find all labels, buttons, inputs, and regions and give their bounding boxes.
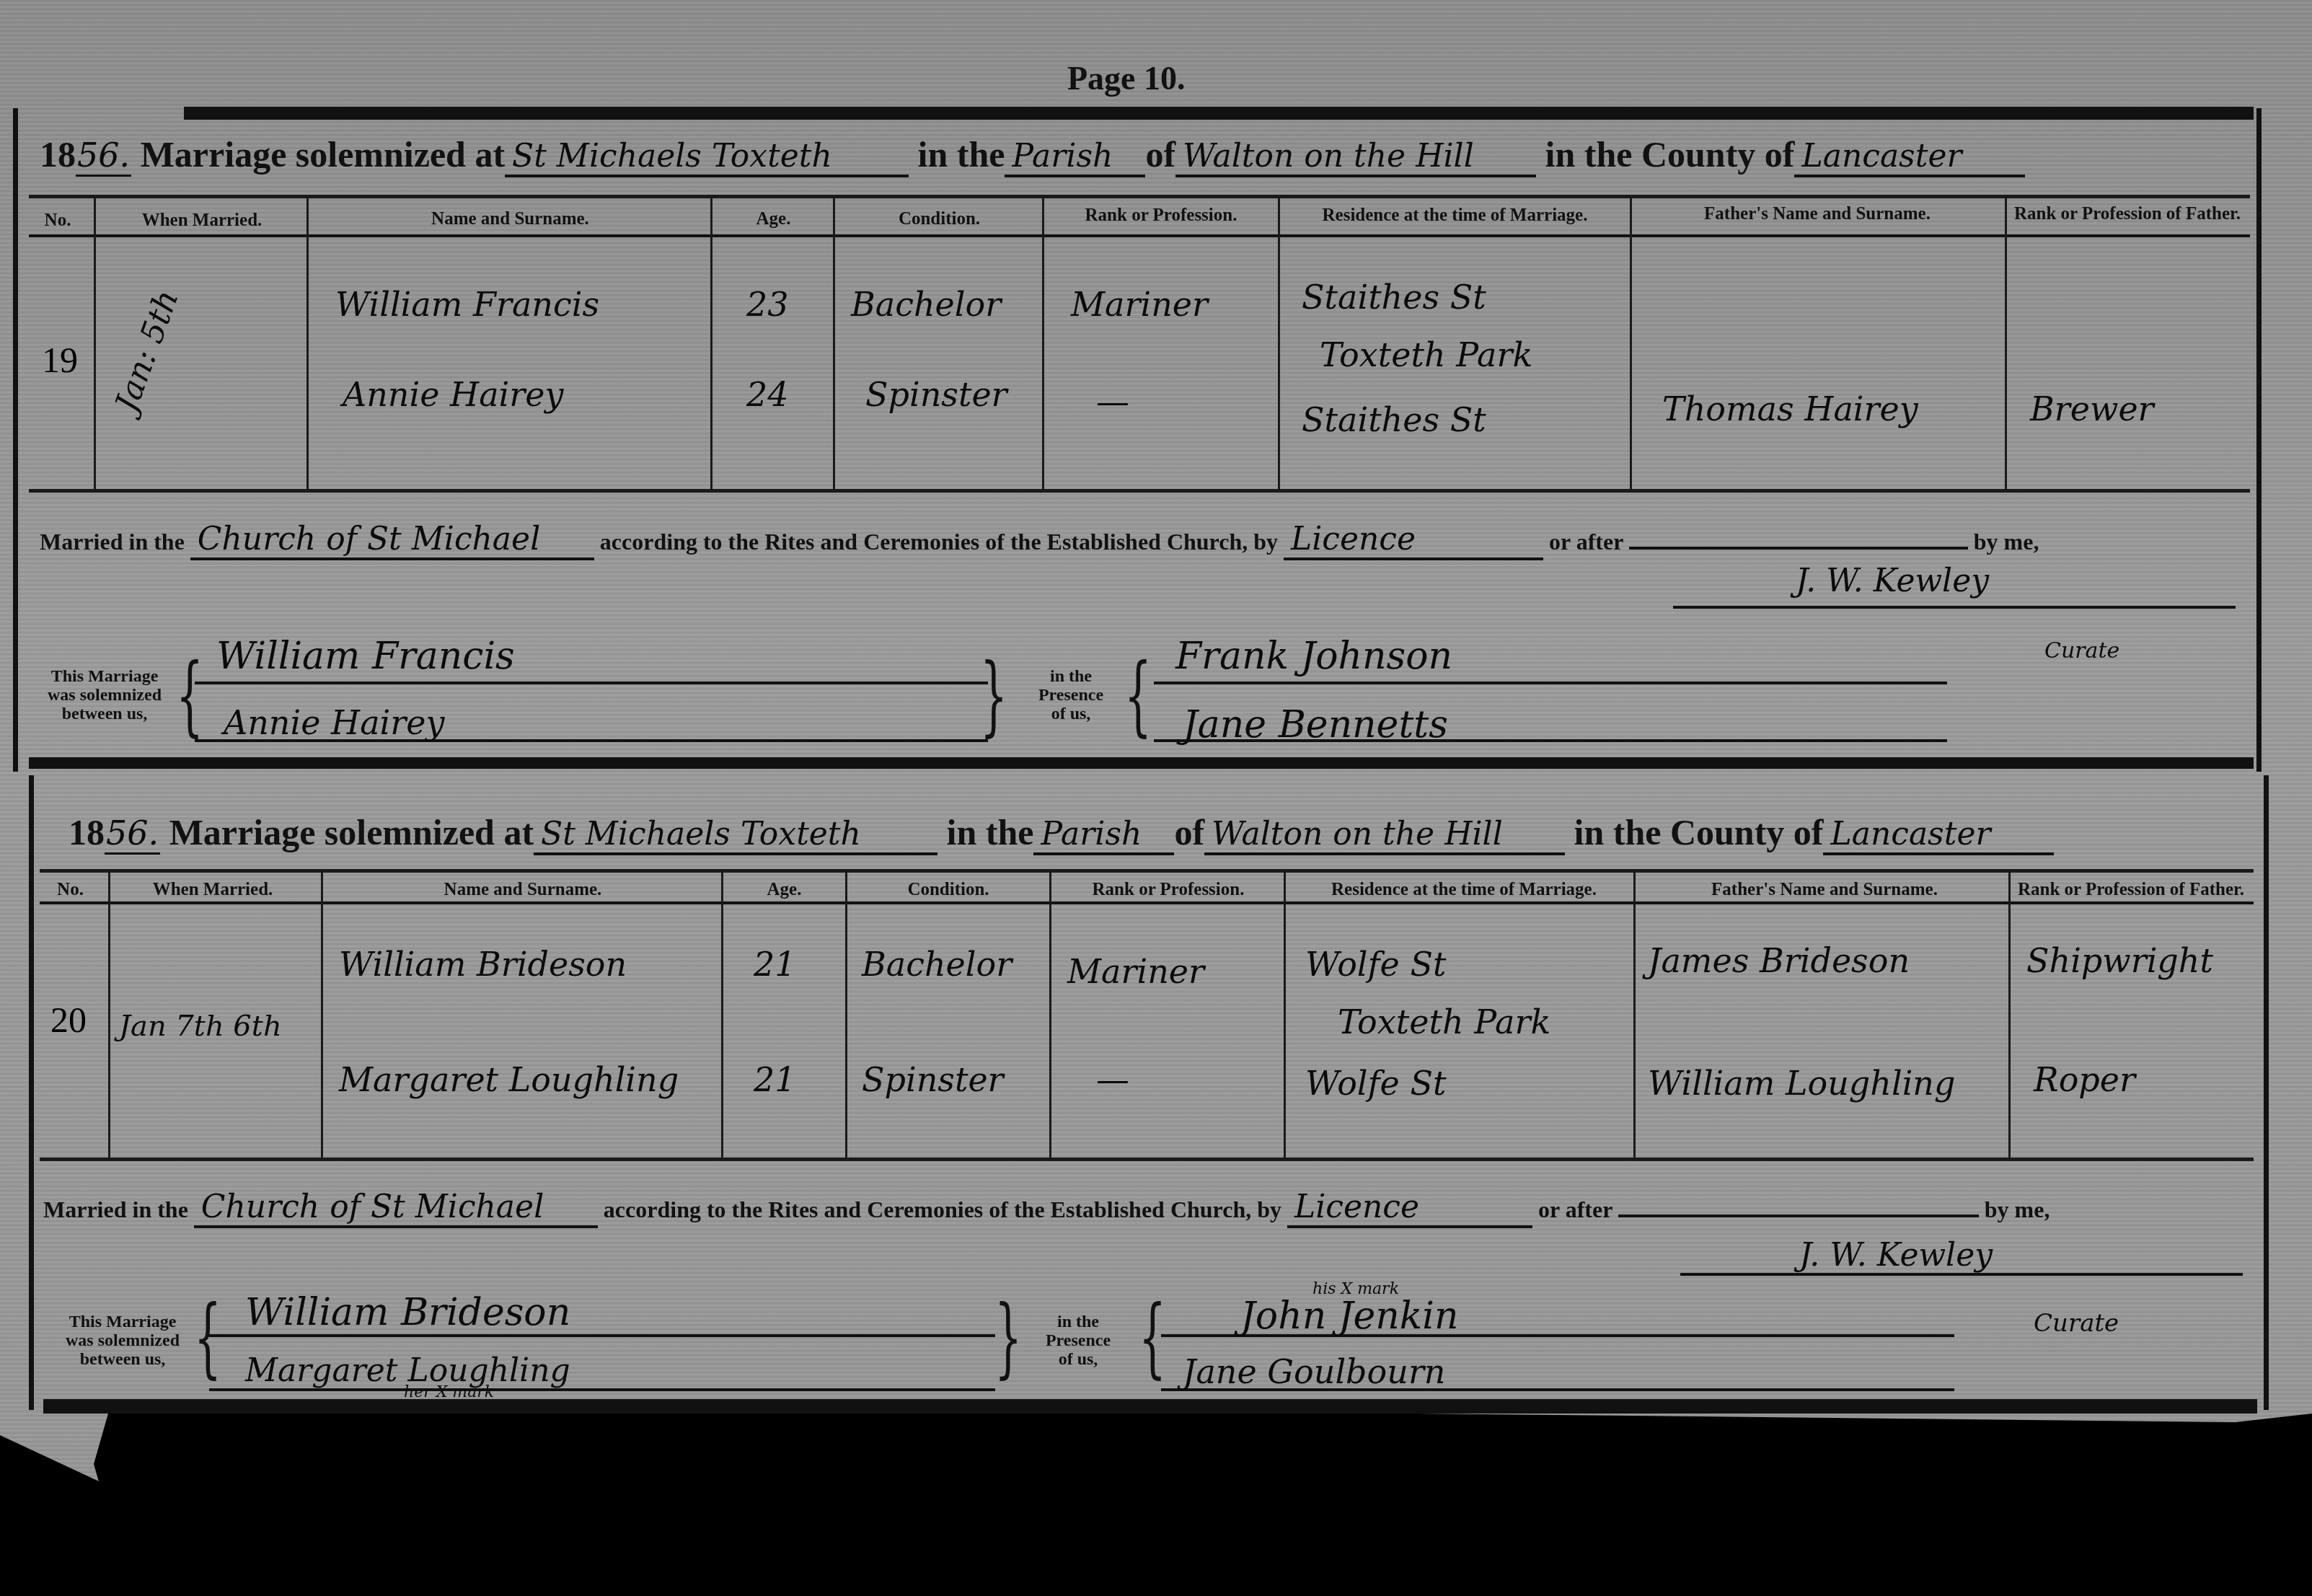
this-marriage-label: This Marriage was solemnized between us,	[32, 667, 177, 723]
married-in-line: Married in the Church of St Michael acco…	[43, 1189, 2050, 1228]
col-divider	[306, 198, 309, 490]
col-header-rank: Rank or Profession.	[1046, 206, 1276, 226]
header-underline	[40, 901, 2254, 904]
heading-text: in the	[947, 812, 1034, 852]
bride-signature: Annie Hairey	[224, 703, 444, 742]
col-header-name: Name and Surname.	[310, 209, 710, 229]
col-header-condition: Condition.	[847, 880, 1049, 900]
print-text: Married in the	[40, 529, 185, 555]
left-brace: {	[1124, 653, 1152, 739]
bride-residence: Staithes St	[1302, 400, 1486, 439]
heading-text: in the County of	[1545, 134, 1795, 175]
district-field: Walton on the Hill	[1204, 816, 1565, 855]
print-text: or after	[1538, 1196, 1612, 1222]
col-divider	[1042, 198, 1044, 490]
left-brace: {	[176, 653, 203, 739]
col-header-residence: Residence at the time of Marriage.	[1280, 206, 1630, 226]
heading-underline	[40, 869, 2254, 873]
bride-age: 24	[746, 375, 789, 414]
col-divider	[1049, 873, 1051, 1161]
groom-name: William Brideson	[339, 945, 627, 984]
print-text: according to the Rites and Ceremonies of…	[600, 529, 1278, 555]
col-divider	[2008, 873, 2011, 1161]
bride-name: Margaret Loughling	[339, 1060, 679, 1099]
place-field: St Michaels Toxteth	[534, 816, 937, 855]
label-line: This Marriage	[50, 1313, 195, 1331]
top-rule	[184, 107, 2254, 120]
witness-1-line	[1154, 682, 1947, 684]
county-field: Lancaster	[1794, 138, 2025, 177]
print-text: by me,	[1985, 1196, 2050, 1222]
bride-mark: her X mark	[404, 1383, 494, 1401]
row-bottom-rule	[40, 1158, 2254, 1161]
col-header-age: Age.	[725, 880, 844, 900]
right-brace: }	[980, 653, 1007, 739]
residence-middle: Toxteth Park	[1320, 335, 1532, 374]
witness-1-signature: John Jenkin	[1240, 1295, 1458, 1338]
col-divider	[1278, 198, 1280, 490]
label-line: in the	[1017, 667, 1125, 686]
groom-name: William Francis	[335, 285, 599, 324]
heading-text: Marriage solemnized at	[169, 812, 534, 852]
col-header-father-name: Father's Name and Surname.	[1644, 880, 2005, 900]
district-field: Walton on the Hill	[1175, 138, 1536, 177]
entry-number: 20	[50, 999, 87, 1041]
col-header-name: Name and Surname.	[325, 880, 721, 900]
bride-father-name: William Loughling	[1648, 1064, 1955, 1103]
heading-text: Marriage solemnized at	[141, 134, 505, 175]
col-header-condition: Condition.	[837, 209, 1042, 229]
groom-condition: Bachelor	[862, 945, 1012, 984]
this-marriage-label: This Marriage was solemnized between us,	[50, 1313, 195, 1369]
groom-age: 21	[754, 945, 796, 984]
bride-rank: —	[1096, 1060, 1129, 1099]
entry-heading: 1856. Marriage solemnized atSt Michaels …	[69, 811, 2054, 855]
entry-separator-rule	[29, 757, 2254, 769]
bride-condition: Spinster	[865, 375, 1007, 414]
print-text: Married in the	[43, 1196, 188, 1222]
page-title: Page 10.	[1067, 59, 1186, 97]
by-field: Licence	[1287, 1189, 1532, 1228]
col-divider	[721, 873, 723, 1161]
groom-condition: Bachelor	[851, 285, 1001, 324]
bride-rank: —	[1096, 382, 1129, 421]
left-brace: {	[1139, 1295, 1166, 1381]
bride-father-name: Thomas Hairey	[1662, 389, 1918, 428]
col-header-no: No.	[29, 211, 87, 231]
bride-father-rank: Brewer	[2030, 389, 2154, 428]
row-bottom-rule	[29, 489, 2250, 493]
officiant-line	[1673, 606, 2236, 609]
col-header-residence: Residence at the time of Marriage.	[1287, 880, 1641, 900]
officiant-title: Curate	[2034, 1309, 2119, 1338]
label-line: between us,	[50, 1350, 195, 1369]
col-header-father-rank: Rank or Profession of Father.	[2012, 880, 2250, 900]
witness-2-signature: Jane Goulbourn	[1183, 1352, 1446, 1391]
entry-heading: 1856. Marriage solemnized atSt Michaels …	[40, 133, 2025, 177]
print-text: by me,	[1974, 529, 2039, 555]
label-line: This Marriage	[32, 667, 177, 686]
heading-text: in the	[918, 134, 1005, 175]
col-divider	[833, 198, 835, 490]
groom-father-rank: Shipwright	[2026, 941, 2213, 980]
bride-residence: Wolfe St	[1305, 1064, 1446, 1103]
label-line: between us,	[32, 705, 177, 723]
label-line: in the	[1024, 1313, 1132, 1331]
col-header-when-married: When Married.	[108, 880, 317, 900]
print-text: or after	[1549, 529, 1623, 555]
groom-rank: Mariner	[1071, 285, 1208, 324]
col-divider	[321, 873, 323, 1161]
entry-number: 19	[42, 339, 78, 381]
married-in-line: Married in the Church of St Michael acco…	[40, 521, 2039, 560]
witness-mark: his X mark	[1312, 1280, 1399, 1298]
label-line: of us,	[1017, 705, 1125, 723]
col-divider	[1284, 873, 1286, 1161]
entry-bottom-rule	[43, 1399, 2257, 1414]
col-divider	[108, 873, 110, 1161]
col-header-father-name: Father's Name and Surname.	[1633, 204, 2001, 224]
col-divider	[710, 198, 712, 490]
bride-age: 21	[754, 1060, 796, 1099]
col-header-when-married: When Married.	[97, 211, 306, 231]
col-divider	[1630, 198, 1632, 490]
label-line: Presence	[1017, 686, 1125, 705]
officiant-title: Curate	[2044, 638, 2119, 663]
groom-rank: Mariner	[1067, 952, 1204, 991]
county-field: Lancaster	[1823, 816, 2054, 855]
label-line: of us,	[1024, 1350, 1132, 1369]
groom-signature-line	[209, 1334, 995, 1337]
presence-label: in the Presence of us,	[1024, 1313, 1132, 1369]
church-field: Church of St Michael	[190, 521, 594, 560]
year-suffix: 56.	[105, 814, 160, 855]
header-underline	[29, 234, 2250, 237]
officiant-signature: J. W. Kewley	[1799, 1237, 1993, 1274]
district-type-field: Parish	[1033, 816, 1174, 855]
place-field: St Michaels Toxteth	[505, 138, 909, 177]
year-prefix: 18	[40, 134, 76, 175]
when-married: Jan 7th 6th	[119, 1006, 314, 1046]
groom-residence: Staithes St	[1302, 278, 1486, 317]
label-line: Presence	[1024, 1331, 1132, 1350]
label-line: was solemnized	[32, 686, 177, 705]
witness-1-signature: Frank Johnson	[1175, 635, 1452, 678]
bride-father-rank: Roper	[2034, 1060, 2135, 1099]
residence-middle: Toxteth Park	[1338, 1002, 1550, 1041]
bride-condition: Spinster	[862, 1060, 1004, 1099]
col-header-age: Age.	[714, 209, 833, 229]
col-divider	[2005, 198, 2007, 490]
or-after-field	[1629, 547, 1968, 550]
left-brace: {	[194, 1295, 221, 1381]
bride-name: Annie Hairey	[343, 375, 563, 414]
witness-2-signature: Jane Bennetts	[1183, 703, 1448, 746]
groom-signature-line	[195, 682, 988, 684]
label-line: was solemnized	[50, 1331, 195, 1350]
or-after-field	[1618, 1214, 1979, 1217]
groom-father-name: James Brideson	[1648, 941, 1910, 980]
col-header-father-rank: Rank or Profession of Father.	[2008, 204, 2246, 224]
print-text: according to the Rites and Ceremonies of…	[604, 1196, 1281, 1222]
groom-signature: William Brideson	[245, 1291, 570, 1334]
year-prefix: 18	[69, 812, 105, 852]
col-divider	[845, 873, 847, 1161]
col-header-rank: Rank or Profession.	[1053, 880, 1284, 900]
col-divider	[1633, 873, 1636, 1161]
district-type-field: Parish	[1005, 138, 1145, 177]
by-field: Licence	[1284, 521, 1543, 560]
groom-age: 23	[746, 285, 789, 324]
right-brace: }	[994, 1295, 1022, 1381]
year-suffix: 56.	[76, 136, 131, 177]
presence-label: in the Presence of us,	[1017, 667, 1125, 723]
heading-text: in the County of	[1574, 812, 1824, 852]
officiant-signature: J. W. Kewley	[1796, 563, 1989, 599]
col-divider	[94, 198, 96, 490]
heading-underline	[29, 195, 2250, 198]
heading-text: of	[1174, 812, 1204, 852]
church-field: Church of St Michael	[194, 1189, 598, 1228]
heading-text: of	[1145, 134, 1175, 175]
groom-residence: Wolfe St	[1305, 945, 1446, 984]
groom-signature: William Francis	[216, 635, 515, 678]
col-header-no: No.	[40, 880, 101, 900]
